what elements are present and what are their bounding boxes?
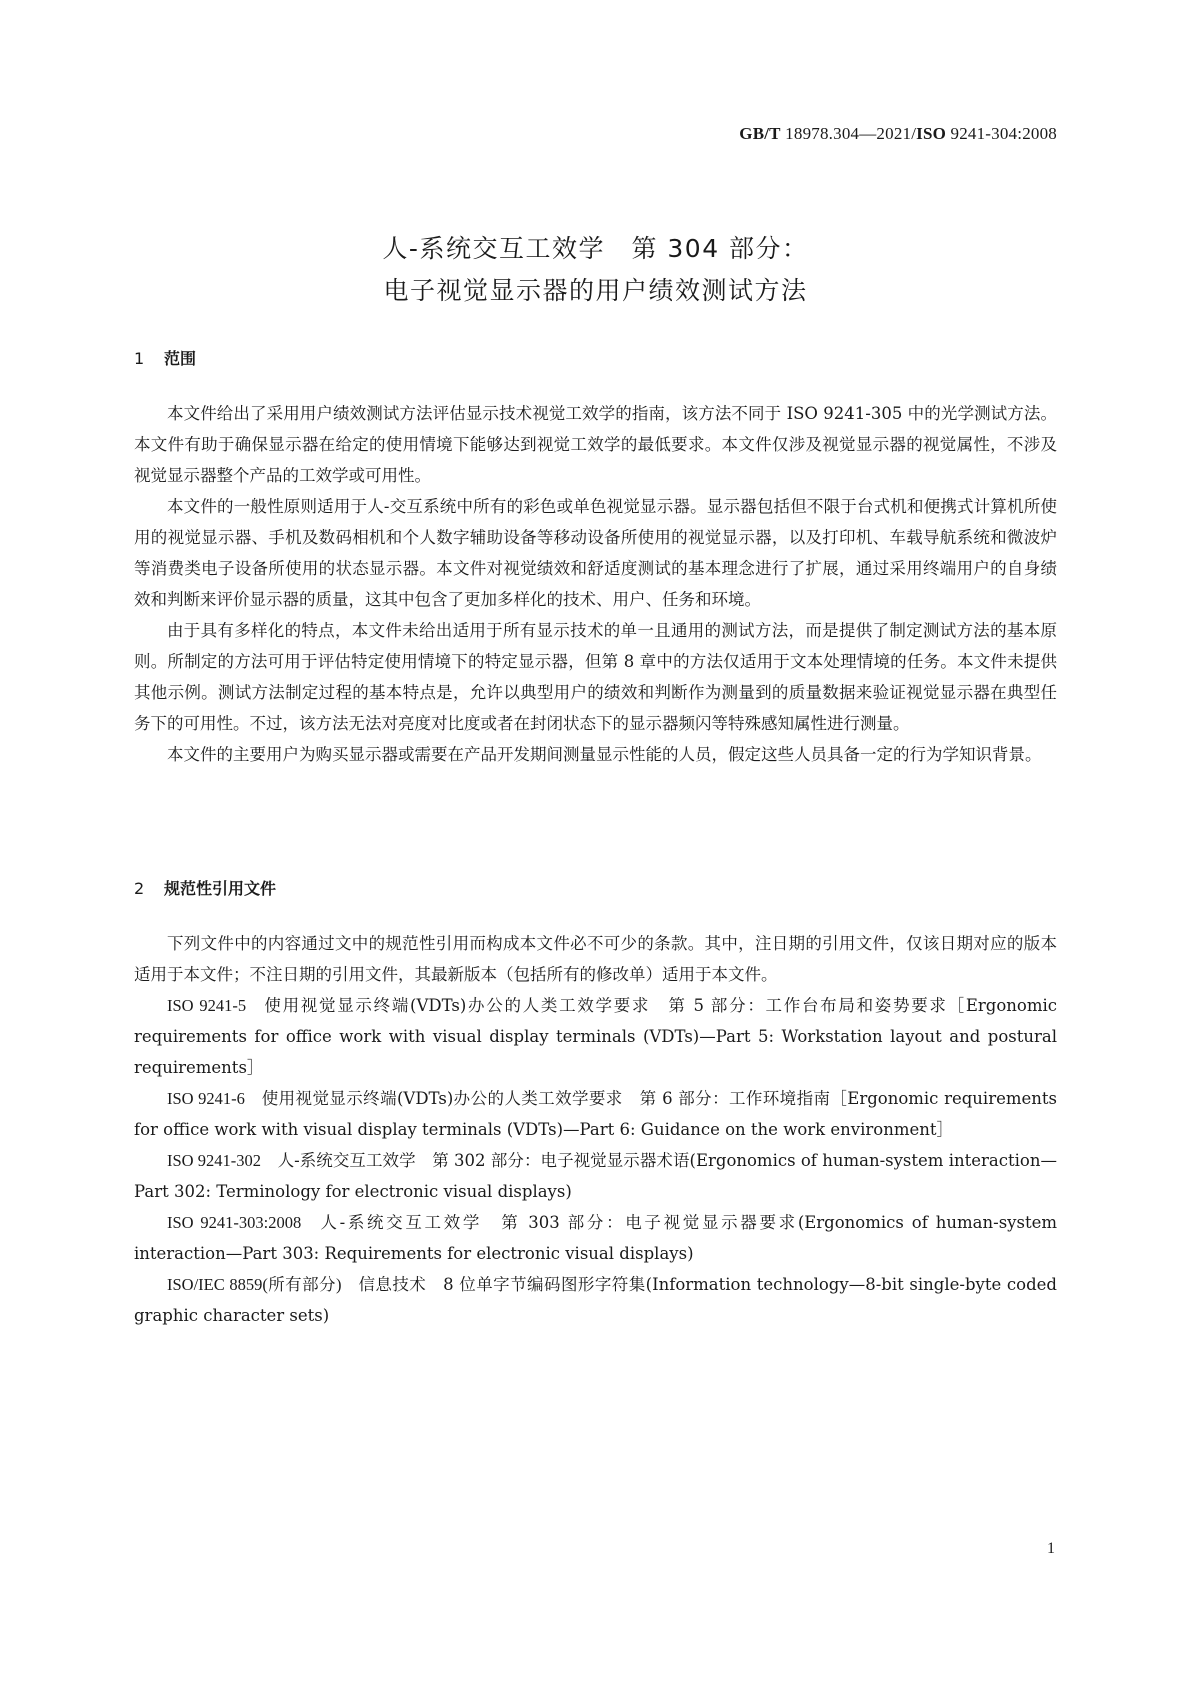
standard-number-iso: 9241-304:2008 — [946, 124, 1057, 143]
title-line-1: 人-系统交互工效学 第 304 部分： — [0, 228, 1191, 270]
reference-text: 使用视觉显示终端(VDTs)办公的人类工效学要求 第 6 部分：工作环境指南［E… — [134, 1089, 1057, 1139]
paragraph: 本文件的主要用户为购买显示器或需要在产品开发期间测量显示性能的人员，假定这些人员… — [134, 739, 1057, 770]
reference-item: ISO 9241-303:2008人-系统交互工效学 第 303 部分：电子视觉… — [134, 1207, 1057, 1269]
title-line-2: 电子视觉显示器的用户绩效测试方法 — [0, 270, 1191, 312]
standard-prefix-iso: ISO — [916, 124, 946, 143]
reference-code: ISO 9241-303:2008 — [167, 1213, 301, 1232]
section-number: 2 — [134, 879, 164, 898]
reference-code: ISO 9241-5 — [167, 996, 246, 1015]
section-2-heading: 2规范性引用文件 — [134, 876, 276, 899]
reference-item: ISO 9241-6使用视觉显示终端(VDTs)办公的人类工效学要求 第 6 部… — [134, 1083, 1057, 1145]
standard-prefix-gbt: GB/T — [739, 124, 780, 143]
reference-item: ISO 9241-302人-系统交互工效学 第 302 部分：电子视觉显示器术语… — [134, 1145, 1057, 1207]
section-title: 规范性引用文件 — [164, 879, 276, 898]
document-title: 人-系统交互工效学 第 304 部分： 电子视觉显示器的用户绩效测试方法 — [0, 228, 1191, 312]
reference-code: ISO 9241-6 — [167, 1089, 245, 1108]
section-1-heading: 1范围 — [134, 346, 196, 369]
reference-code: ISO/IEC 8859(所有部分) — [167, 1275, 342, 1294]
section-number: 1 — [134, 349, 164, 368]
reference-item: ISO 9241-5使用视觉显示终端(VDTs)办公的人类工效学要求 第 5 部… — [134, 990, 1057, 1083]
page-number: 1 — [1047, 1540, 1055, 1558]
intro-paragraph: 下列文件中的内容通过文中的规范性引用而构成本文件必不可少的条款。其中，注日期的引… — [134, 928, 1057, 990]
section-2-body: 下列文件中的内容通过文中的规范性引用而构成本文件必不可少的条款。其中，注日期的引… — [134, 928, 1057, 1331]
reference-code: ISO 9241-302 — [167, 1151, 261, 1170]
paragraph: 本文件的一般性原则适用于人-交互系统中所有的彩色或单色视觉显示器。显示器包括但不… — [134, 491, 1057, 615]
standard-number-gbt: 18978.304—2021/ — [781, 124, 916, 143]
section-1-body: 本文件给出了采用用户绩效测试方法评估显示技术视觉工效学的指南，该方法不同于 IS… — [134, 398, 1057, 770]
reference-text: 使用视觉显示终端(VDTs)办公的人类工效学要求 第 5 部分：工作台布局和姿势… — [134, 996, 1057, 1077]
paragraph: 本文件给出了采用用户绩效测试方法评估显示技术视觉工效学的指南，该方法不同于 IS… — [134, 398, 1057, 491]
reference-text: 人-系统交互工效学 第 302 部分：电子视觉显示器术语(Ergonomics … — [134, 1151, 1057, 1201]
paragraph: 由于具有多样化的特点，本文件未给出适用于所有显示技术的单一且通用的测试方法，而是… — [134, 615, 1057, 739]
standard-number-header: GB/T 18978.304—2021/ISO 9241-304:2008 — [739, 124, 1057, 144]
reference-item: ISO/IEC 8859(所有部分)信息技术 8 位单字节编码图形字符集(Inf… — [134, 1269, 1057, 1331]
section-title: 范围 — [164, 349, 196, 368]
